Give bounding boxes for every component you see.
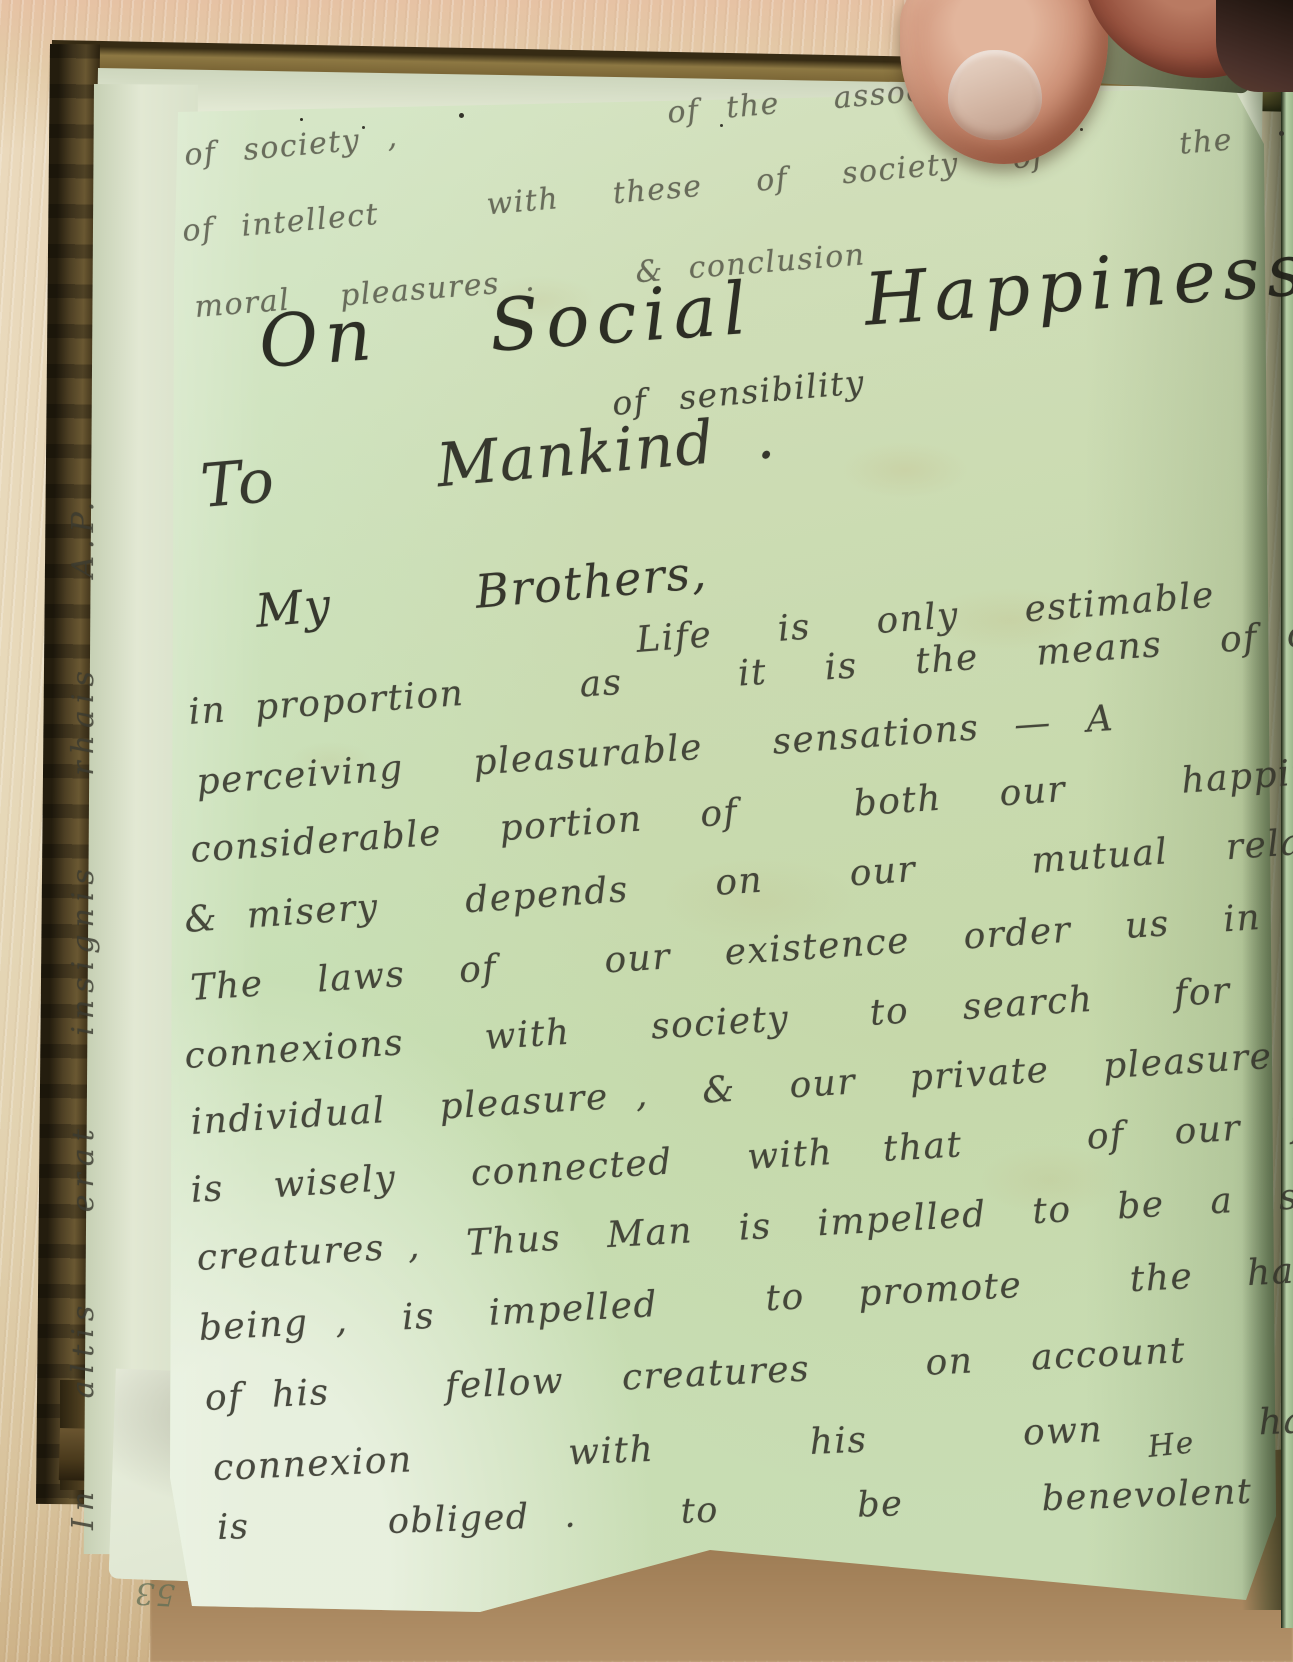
thumbnail — [948, 50, 1042, 140]
manuscript-photo: of society , of the association of the p… — [0, 0, 1293, 1662]
dedication-line: To Mankind . — [198, 402, 779, 522]
insertion-word: He — [1146, 1425, 1196, 1465]
handwriting-layer: of society , of the association of the p… — [0, 0, 1293, 1662]
page-number: 53 — [133, 1575, 176, 1612]
margin-note-vertical: In altis erat insignis rhais A.P. — [66, 170, 101, 1530]
